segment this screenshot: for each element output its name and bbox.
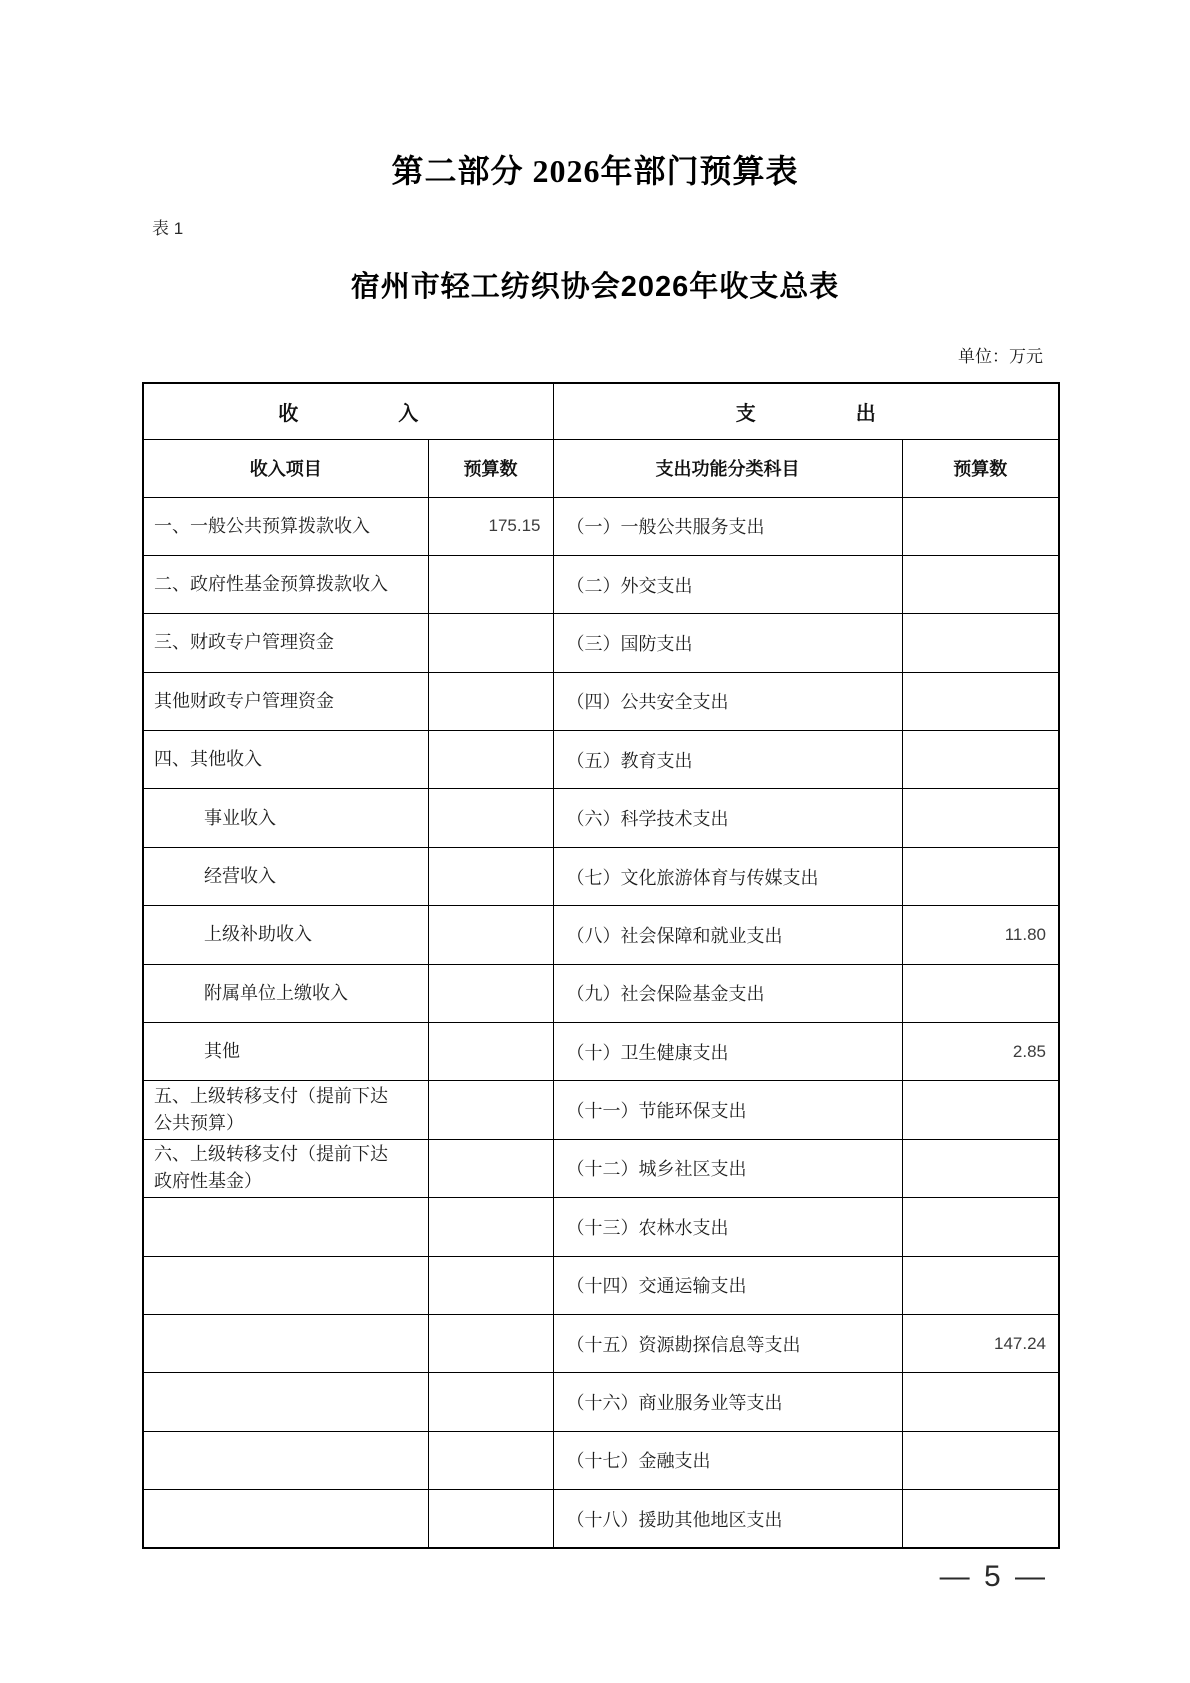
expense-item-cell: （二）外交支出 — [553, 555, 902, 613]
expense-budget-cell: 11.80 — [902, 906, 1059, 964]
income-budget-cell — [428, 731, 553, 789]
expense-item-cell: （七）文化旅游体育与传媒支出 — [553, 847, 902, 905]
income-item-cell: 六、上级转移支付（提前下达 政府性基金） — [143, 1139, 428, 1197]
table-row: 上级补助收入（八）社会保障和就业支出11.80 — [143, 906, 1059, 964]
income-budget-cell — [428, 906, 553, 964]
table-row: 附属单位上缴收入（九）社会保险基金支出 — [143, 964, 1059, 1022]
expense-item-cell: （三）国防支出 — [553, 614, 902, 672]
section-header-row: 收 入 支 出 — [143, 383, 1059, 439]
income-item-cell: 附属单位上缴收入 — [143, 964, 428, 1022]
expense-budget-cell: 2.85 — [902, 1023, 1059, 1081]
income-section-header: 收 入 — [143, 383, 553, 439]
income-item-cell: 上级补助收入 — [143, 906, 428, 964]
expense-budget-cell — [902, 614, 1059, 672]
expense-budget-cell — [902, 1081, 1059, 1139]
income-item-cell: 其他 — [143, 1023, 428, 1081]
budget-summary-table: 收 入 支 出 收入项目 预算数 支出功能分类科目 预算数 一、一般公共预算拨款… — [142, 382, 1060, 1549]
expense-item-cell: （十七）金融支出 — [553, 1431, 902, 1489]
expense-budget-cell — [902, 1256, 1059, 1314]
income-budget-cell — [428, 847, 553, 905]
income-item-cell — [143, 1198, 428, 1256]
income-item-cell — [143, 1490, 428, 1548]
income-item-cell: 事业收入 — [143, 789, 428, 847]
table-row: 五、上级转移支付（提前下达 公共预算）（十一）节能环保支出 — [143, 1081, 1059, 1139]
income-item-cell: 五、上级转移支付（提前下达 公共预算） — [143, 1081, 428, 1139]
expense-item-cell: （十二）城乡社区支出 — [553, 1139, 902, 1197]
income-budget-cell — [428, 555, 553, 613]
budget-table-body: 一、一般公共预算拨款收入175.15（一）一般公共服务支出二、政府性基金预算拨款… — [143, 497, 1059, 1548]
income-budget-cell — [428, 672, 553, 730]
table-row: （十八）援助其他地区支出 — [143, 1490, 1059, 1548]
income-item-cell: 经营收入 — [143, 847, 428, 905]
expense-budget-cell — [902, 731, 1059, 789]
table-row: 二、政府性基金预算拨款收入（二）外交支出 — [143, 555, 1059, 613]
expense-section-header: 支 出 — [553, 383, 1059, 439]
expense-budget-cell: 147.24 — [902, 1314, 1059, 1372]
table-row: 经营收入（七）文化旅游体育与传媒支出 — [143, 847, 1059, 905]
table-row: 其他（十）卫生健康支出2.85 — [143, 1023, 1059, 1081]
income-budget-column-header: 预算数 — [428, 439, 553, 497]
expense-item-cell: （一）一般公共服务支出 — [553, 497, 902, 555]
expense-budget-cell — [902, 964, 1059, 1022]
table-row: （十六）商业服务业等支出 — [143, 1373, 1059, 1431]
expense-item-cell: （九）社会保险基金支出 — [553, 964, 902, 1022]
expense-budget-cell — [902, 789, 1059, 847]
table-number-label: 表 1 — [152, 214, 183, 239]
income-item-cell — [143, 1314, 428, 1372]
income-budget-cell — [428, 789, 553, 847]
expense-item-cell: （五）教育支出 — [553, 731, 902, 789]
column-header-row: 收入项目 预算数 支出功能分类科目 预算数 — [143, 439, 1059, 497]
expense-item-cell: （十一）节能环保支出 — [553, 1081, 902, 1139]
expense-item-cell: （四）公共安全支出 — [553, 672, 902, 730]
table-row: 三、财政专户管理资金（三）国防支出 — [143, 614, 1059, 672]
table-row: 一、一般公共预算拨款收入175.15（一）一般公共服务支出 — [143, 497, 1059, 555]
expense-item-cell: （十四）交通运输支出 — [553, 1256, 902, 1314]
unit-note: 单位：万元 — [958, 342, 1043, 367]
expense-budget-cell — [902, 555, 1059, 613]
income-budget-cell — [428, 614, 553, 672]
page-number: — 5 — — [940, 1560, 1048, 1594]
table-row: 四、其他收入（五）教育支出 — [143, 731, 1059, 789]
expense-item-cell: （十五）资源勘探信息等支出 — [553, 1314, 902, 1372]
income-budget-cell: 175.15 — [428, 497, 553, 555]
expense-item-cell: （六）科学技术支出 — [553, 789, 902, 847]
expense-item-cell: （十六）商业服务业等支出 — [553, 1373, 902, 1431]
income-item-cell: 四、其他收入 — [143, 731, 428, 789]
expense-item-cell: （十八）援助其他地区支出 — [553, 1490, 902, 1548]
income-item-column-header: 收入项目 — [143, 439, 428, 497]
income-item-cell: 其他财政专户管理资金 — [143, 672, 428, 730]
income-item-cell: 二、政府性基金预算拨款收入 — [143, 555, 428, 613]
income-budget-cell — [428, 964, 553, 1022]
expense-item-cell: （十三）农林水支出 — [553, 1198, 902, 1256]
income-budget-cell — [428, 1023, 553, 1081]
income-budget-cell — [428, 1198, 553, 1256]
table-row: 事业收入（六）科学技术支出 — [143, 789, 1059, 847]
expense-budget-cell — [902, 847, 1059, 905]
table-row: 六、上级转移支付（提前下达 政府性基金）（十二）城乡社区支出 — [143, 1139, 1059, 1197]
income-budget-cell — [428, 1431, 553, 1489]
expense-budget-cell — [902, 1490, 1059, 1548]
income-item-cell: 三、财政专户管理资金 — [143, 614, 428, 672]
document-page: 第二部分 2026年部门预算表 表 1 宿州市轻工纺织协会2026年收支总表 单… — [0, 0, 1190, 1683]
part-title: 第二部分 2026年部门预算表 — [0, 146, 1190, 192]
table-row: 其他财政专户管理资金（四）公共安全支出 — [143, 672, 1059, 730]
income-budget-cell — [428, 1256, 553, 1314]
expense-budget-cell — [902, 1198, 1059, 1256]
income-item-cell — [143, 1373, 428, 1431]
income-budget-cell — [428, 1139, 553, 1197]
income-budget-cell — [428, 1314, 553, 1372]
expense-budget-cell — [902, 1431, 1059, 1489]
income-budget-cell — [428, 1081, 553, 1139]
expense-budget-cell — [902, 1373, 1059, 1431]
table-row: （十三）农林水支出 — [143, 1198, 1059, 1256]
expense-budget-column-header: 预算数 — [902, 439, 1059, 497]
expense-budget-cell — [902, 672, 1059, 730]
table-title: 宿州市轻工纺织协会2026年收支总表 — [0, 264, 1190, 305]
income-item-cell: 一、一般公共预算拨款收入 — [143, 497, 428, 555]
table-row: （十五）资源勘探信息等支出147.24 — [143, 1314, 1059, 1372]
income-budget-cell — [428, 1373, 553, 1431]
expense-item-cell: （十）卫生健康支出 — [553, 1023, 902, 1081]
expense-budget-cell — [902, 1139, 1059, 1197]
income-item-cell — [143, 1256, 428, 1314]
expense-item-column-header: 支出功能分类科目 — [553, 439, 902, 497]
table-row: （十四）交通运输支出 — [143, 1256, 1059, 1314]
table-row: （十七）金融支出 — [143, 1431, 1059, 1489]
income-budget-cell — [428, 1490, 553, 1548]
income-item-cell — [143, 1431, 428, 1489]
expense-item-cell: （八）社会保障和就业支出 — [553, 906, 902, 964]
expense-budget-cell — [902, 497, 1059, 555]
